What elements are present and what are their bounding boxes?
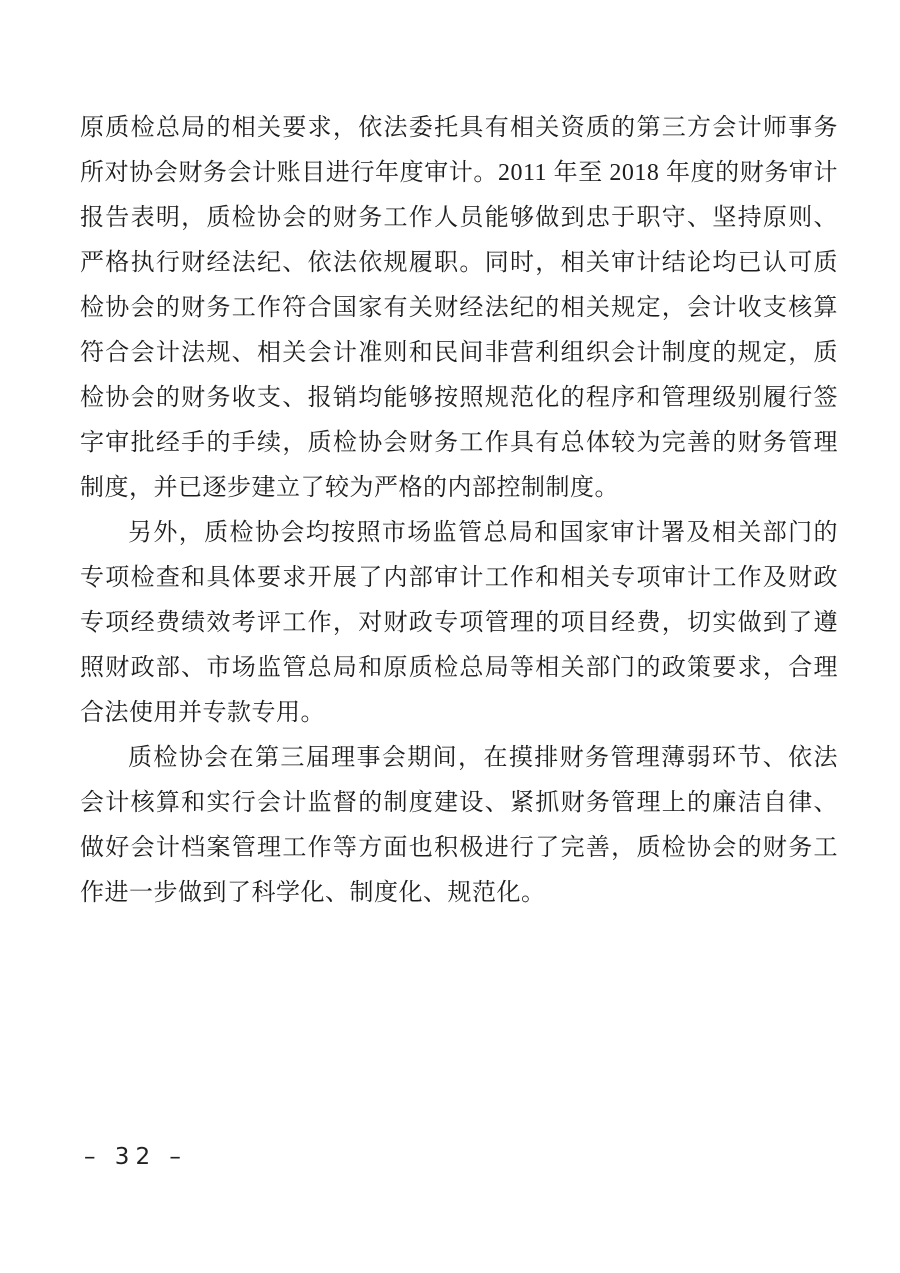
paragraph-audit-continuation: 原质检总局的相关要求，依法委托具有相关资质的第三方会计师事务所对协会财务会计账目… [80,106,838,511]
page-number: – 32 – [84,1144,187,1170]
paragraph-third-council: 质检协会在第三届理事会期间，在摸排财务管理薄弱环节、依法会计核算和实行会计监督的… [80,736,838,916]
document-page: 原质检总局的相关要求，依法委托具有相关资质的第三方会计师事务所对协会财务会计账目… [0,0,900,1273]
paragraph-special-audits: 另外，质检协会均按照市场监管总局和国家审计署及相关部门的专项检查和具体要求开展了… [80,511,838,736]
document-body: 原质检总局的相关要求，依法委托具有相关资质的第三方会计师事务所对协会财务会计账目… [80,106,838,916]
page-footer: – 32 – [84,1144,187,1170]
